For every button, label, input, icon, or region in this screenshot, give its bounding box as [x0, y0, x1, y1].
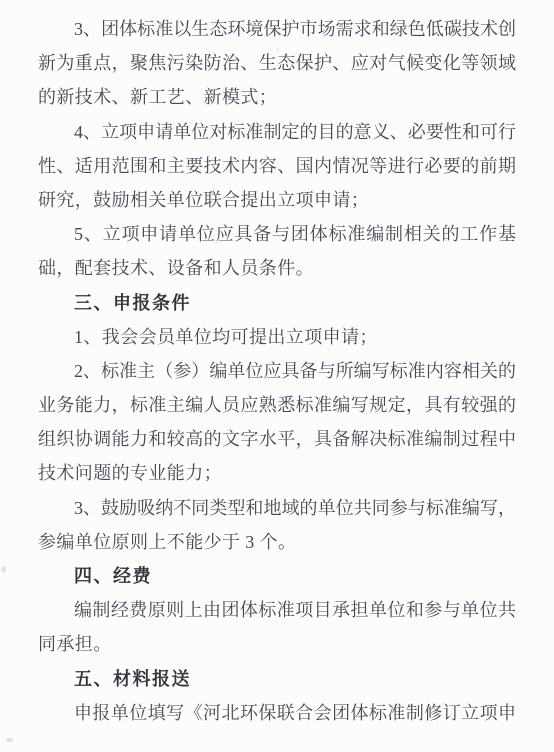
document-body: 3、团体标准以生态环境保护市场需求和绿色低碳技术创新为重点，聚焦污染防治、生态保…	[38, 12, 516, 730]
text-line: 业务能力，标准主编人员应熟悉标准编写规定，具有较强的	[38, 388, 516, 422]
text-line: 1、我会会员单位均可提出立项申请；	[38, 320, 516, 354]
text-line: 研究，鼓励相关单位联合提出立项申请；	[38, 183, 516, 217]
section-heading: 四、经费	[38, 559, 516, 593]
text-line: 3、团体标准以生态环境保护市场需求和绿色低碳技术创	[38, 12, 516, 46]
text-line: 础，配套技术、设备和人员条件。	[38, 251, 516, 285]
scan-artifact	[6, 738, 13, 742]
text-line: 2、标准主（参）编单位应具备与所编写标准内容相关的	[38, 354, 516, 388]
text-line: 编制经费原则上由团体标准项目承担单位和参与单位共	[38, 593, 516, 627]
text-line: 申报单位填写《河北环保联合会团体标准制修订立项申	[38, 696, 516, 730]
scan-artifact	[1, 566, 6, 573]
text-line: 技术问题的专业能力；	[38, 456, 516, 490]
section-heading: 五、材料报送	[38, 662, 516, 696]
text-line: 新为重点，聚焦污染防治、生态保护、应对气候变化等领域	[38, 46, 516, 80]
text-line: 性、适用范围和主要技术内容、国内情况等进行必要的前期	[38, 149, 516, 183]
text-line: 参编单位原则上不能少于 3 个。	[38, 525, 516, 559]
section-heading: 三、申报条件	[38, 286, 516, 320]
text-line: 的新技术、新工艺、新模式；	[38, 80, 516, 114]
text-line: 同承担。	[38, 627, 516, 661]
text-line: 5、立项申请单位应具备与团体标准编制相关的工作基	[38, 217, 516, 251]
scan-artifact	[276, 48, 279, 51]
text-line: 4、立项申请单位对标准制定的目的意义、必要性和可行	[38, 115, 516, 149]
text-line: 3、鼓励吸纳不同类型和地域的单位共同参与标准编写，	[38, 491, 516, 525]
document-page: 3、团体标准以生态环境保护市场需求和绿色低碳技术创新为重点，聚焦污染防治、生态保…	[0, 0, 554, 752]
text-line: 组织协调能力和较高的文字水平，具备解决标准编制过程中	[38, 422, 516, 456]
